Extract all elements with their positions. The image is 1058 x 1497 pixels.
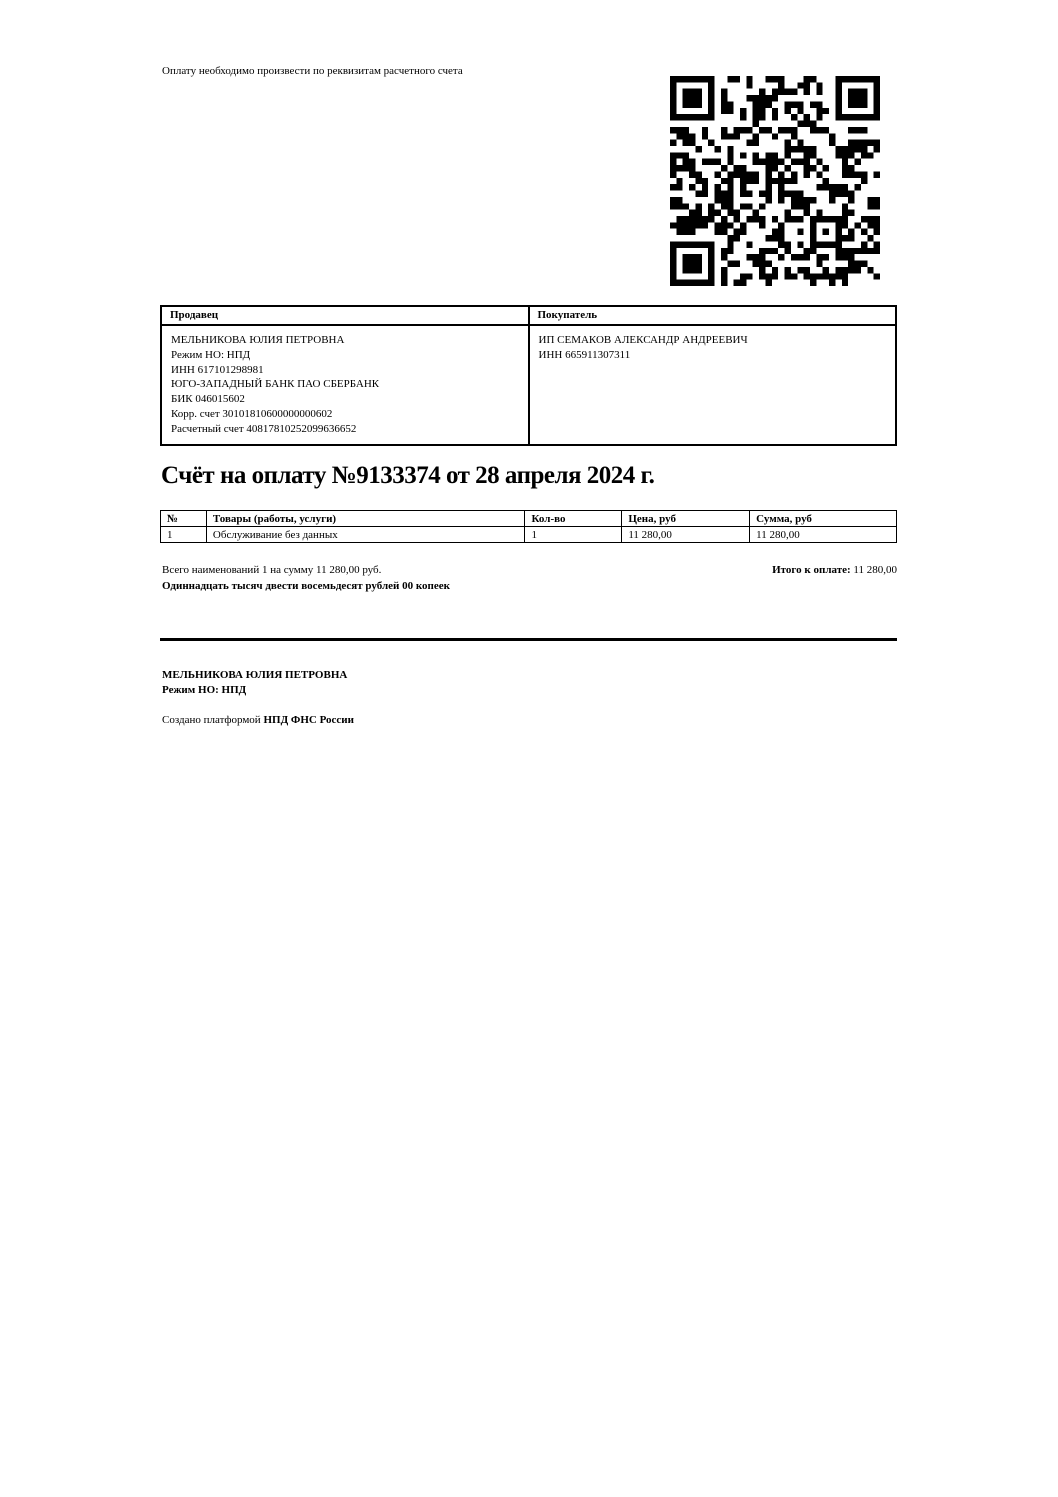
buyer-details: ИП СЕМАКОВ АЛЕКСАНДР АНДРЕЕВИЧ ИНН 66591… (530, 326, 896, 363)
seller-details: МЕЛЬНИКОВА ЮЛИЯ ПЕТРОВНА Режим НО: НПД И… (162, 326, 528, 437)
seller-name: МЕЛЬНИКОВА ЮЛИЯ ПЕТРОВНА (171, 333, 528, 348)
row-number: 1 (161, 527, 207, 543)
row-goods: Обслуживание без данных (206, 527, 525, 543)
payment-instruction: Оплату необходимо произвести по реквизит… (162, 64, 463, 79)
amount-in-words: Одиннадцать тысяч двести восемьдесят руб… (162, 579, 450, 594)
col-quantity: Кол-во (525, 511, 622, 527)
total-due-label: Итого к оплате: (772, 564, 851, 576)
created-by: Создано платформой НПД ФНС России (162, 713, 354, 728)
created-by-prefix: Создано платформой (162, 714, 261, 726)
invoice-title: Счёт на оплату №9133374 от 28 апреля 202… (161, 462, 654, 490)
seller-inn: ИНН 617101298981 (171, 363, 528, 378)
footer-seller-name: МЕЛЬНИКОВА ЮЛИЯ ПЕТРОВНА (162, 668, 347, 683)
items-summary: Всего наименований 1 на сумму 11 280,00 … (162, 563, 381, 578)
seller-tax-regime: Режим НО: НПД (171, 348, 528, 363)
total-due: Итого к оплате: 11 280,00 (772, 563, 897, 578)
row-sum: 11 280,00 (750, 527, 897, 543)
buyer-name: ИП СЕМАКОВ АЛЕКСАНДР АНДРЕЕВИЧ (539, 333, 896, 348)
col-sum: Сумма, руб (750, 511, 897, 527)
table-row: 1 Обслуживание без данных 1 11 280,00 11… (161, 527, 897, 543)
created-by-platform: НПД ФНС России (263, 714, 354, 726)
row-price: 11 280,00 (622, 527, 750, 543)
seller-bank: ЮГО-ЗАПАДНЫЙ БАНК ПАО СБЕРБАНК (171, 377, 528, 392)
col-number: № (161, 511, 207, 527)
seller-corr-account: Корр. счет 30101810600000000602 (171, 407, 528, 422)
qr-code-icon (670, 76, 880, 286)
buyer-cell: Покупатель ИП СЕМАКОВ АЛЕКСАНДР АНДРЕЕВИ… (528, 307, 896, 444)
seller-account: Расчетный счет 40817810252099636652 (171, 422, 528, 437)
items-table: № Товары (работы, услуги) Кол-во Цена, р… (160, 510, 897, 543)
footer-tax-regime: Режим НО: НПД (162, 683, 246, 698)
parties-table: Продавец МЕЛЬНИКОВА ЮЛИЯ ПЕТРОВНА Режим … (160, 305, 897, 446)
seller-bik: БИК 046015602 (171, 392, 528, 407)
col-price: Цена, руб (622, 511, 750, 527)
buyer-inn: ИНН 665911307311 (539, 348, 896, 363)
divider (160, 638, 897, 641)
buyer-header: Покупатель (530, 307, 896, 326)
row-quantity: 1 (525, 527, 622, 543)
items-header-row: № Товары (работы, услуги) Кол-во Цена, р… (161, 511, 897, 527)
seller-cell: Продавец МЕЛЬНИКОВА ЮЛИЯ ПЕТРОВНА Режим … (162, 307, 528, 444)
total-due-value: 11 280,00 (853, 564, 897, 576)
seller-header: Продавец (162, 307, 528, 326)
col-goods: Товары (работы, услуги) (206, 511, 525, 527)
